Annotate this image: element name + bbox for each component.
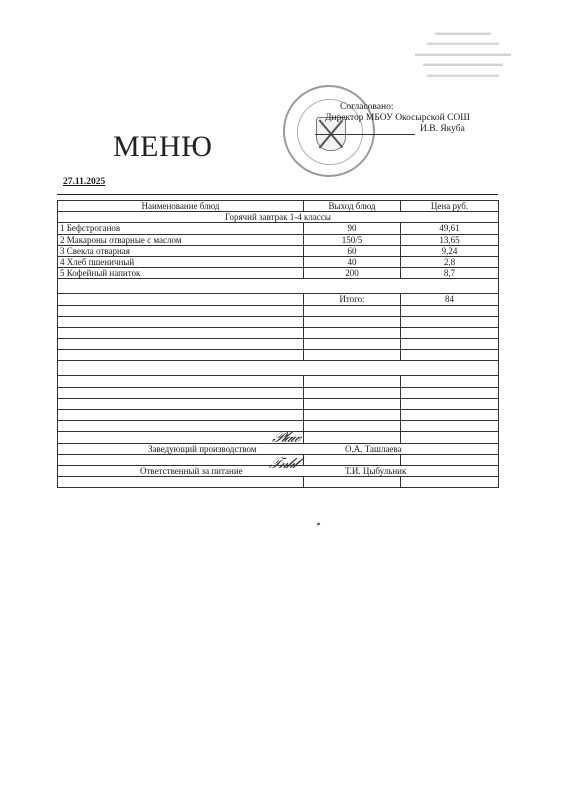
dish-price: 2,8	[401, 256, 499, 267]
approval-name: И.В. Якуба	[420, 123, 465, 135]
table-row: 3 Свекла отварная 60 9,24	[58, 245, 499, 256]
dish-price: 13,65	[401, 234, 499, 245]
menu-table: Наименование блюд Выход блюд Цена руб. Г…	[57, 200, 499, 488]
section-title: Горячий завтрак 1-4 классы	[58, 212, 499, 223]
signature-name: Т.И. Цыбульник	[345, 466, 406, 476]
table-row: 1 Бефстроганов 90 49,61	[58, 223, 499, 234]
section-row: Горячий завтрак 1-4 классы	[58, 212, 499, 223]
dish-name: 4 Хлеб пшеничный	[58, 256, 304, 267]
empty-row	[58, 398, 499, 409]
dish-price: 8,7	[401, 268, 499, 279]
signature-row: Ответственный за питание 𝒯𝓃𝒽𝓁 Т.И. Цыбул…	[58, 465, 499, 476]
total-value: 84	[401, 294, 499, 305]
total-row: Итого: 84	[58, 294, 499, 305]
empty-row	[58, 387, 499, 398]
empty-row	[58, 279, 499, 294]
bleed-through-stamp: ▬▬▬▬▬▬▬▬▬▬▬▬▬▬▬▬▬▬▬▬▬▬▬▬▬▬▬▬▬▬▬▬▬▬▬▬▬▬▬▬…	[378, 28, 548, 80]
signature-role: Заведующий производством	[148, 444, 257, 454]
dish-name: 1 Бефстроганов	[58, 223, 304, 234]
signature-row: Заведующий производством 𝒫𝓁𝒶𝓌 О.А. Ташла…	[58, 443, 499, 454]
dish-yield: 200	[304, 268, 401, 279]
dish-price: 49,61	[401, 223, 499, 234]
empty-row	[58, 350, 499, 361]
table-header-row: Наименование блюд Выход блюд Цена руб.	[58, 201, 499, 212]
approval-signature-line	[315, 134, 415, 135]
empty-row	[58, 339, 499, 350]
menu-date: 27.11.2025	[63, 177, 105, 187]
dish-yield: 60	[304, 245, 401, 256]
dish-yield: 40	[304, 256, 401, 267]
empty-row	[58, 361, 499, 376]
empty-row	[58, 327, 499, 338]
header-price: Цена руб.	[401, 201, 499, 212]
header-yield: Выход блюд	[304, 201, 401, 212]
handwritten-signature-icon: 𝒯𝓃𝒽𝓁	[269, 458, 298, 468]
dish-yield: 150/5	[304, 234, 401, 245]
table-row: 5 Кофейный напиток 200 8,7	[58, 268, 499, 279]
dish-yield: 90	[304, 223, 401, 234]
table-row: 4 Хлеб пшеничный 40 2,8	[58, 256, 499, 267]
empty-row	[58, 410, 499, 421]
table-row: 2 Макароны отварные с маслом 150/5 13,65	[58, 234, 499, 245]
signature-role: Ответственный за питание	[140, 466, 243, 476]
empty-row	[58, 376, 499, 387]
scan-speck	[317, 522, 321, 525]
signature-name: О.А. Ташлаева	[345, 444, 402, 454]
dish-name: 2 Макароны отварные с маслом	[58, 234, 304, 245]
empty-row	[58, 316, 499, 327]
dish-name: 3 Свекла отварная	[58, 245, 304, 256]
official-seal-icon	[283, 85, 375, 177]
total-label: Итого:	[304, 294, 401, 305]
header-dish-name: Наименование блюд	[58, 201, 304, 212]
dish-price: 9,24	[401, 245, 499, 256]
empty-row	[58, 305, 499, 316]
dish-name: 5 Кофейный напиток	[58, 268, 304, 279]
handwritten-signature-icon: 𝒫𝓁𝒶𝓌	[272, 432, 301, 442]
empty-row	[58, 477, 499, 488]
page-title: МЕНЮ	[113, 130, 213, 164]
divider	[57, 194, 498, 195]
